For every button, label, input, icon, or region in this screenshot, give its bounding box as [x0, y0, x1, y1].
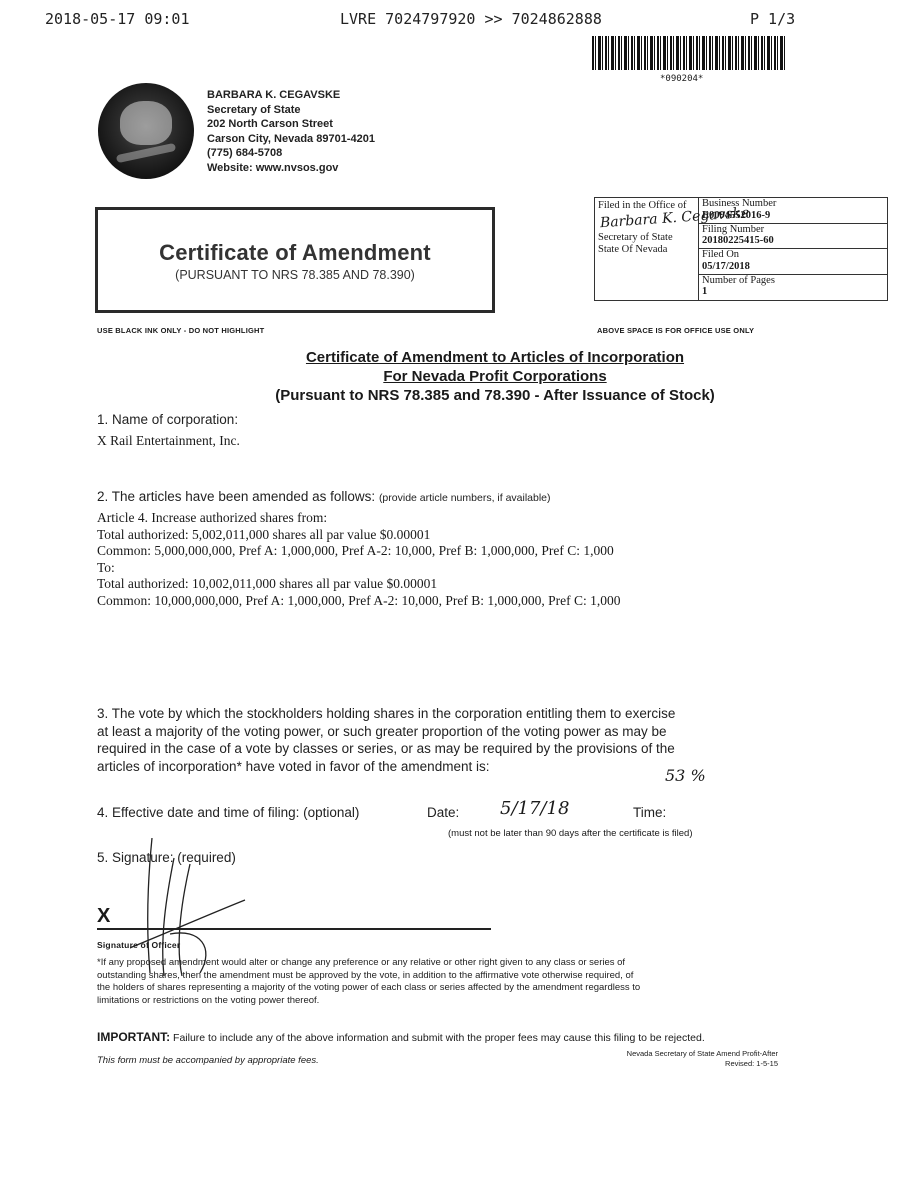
date-label: Date:: [427, 805, 459, 820]
certificate-subtitle: (PURSUANT TO NRS 78.385 AND 78.390): [98, 268, 492, 282]
sos-address-line1: 202 North Carson Street: [207, 117, 375, 132]
sos-title: Secretary of State: [207, 103, 375, 118]
important-text: Failure to include any of the above info…: [173, 1032, 705, 1044]
form-footer: Nevada Secretary of State Amend Profit-A…: [560, 1049, 778, 1068]
effective-time-field[interactable]: [680, 800, 770, 820]
form-heading-line2: For Nevada Profit Corporations: [36, 367, 918, 386]
fax-page-number: P 1/3: [750, 10, 795, 28]
footnote-line: outstanding shares, then the amendment m…: [97, 970, 640, 983]
form-id: Nevada Secretary of State Amend Profit-A…: [560, 1049, 778, 1059]
time-label: Time:: [633, 805, 666, 820]
important-notice: IMPORTANT: Failure to include any of the…: [97, 1030, 705, 1044]
effective-date-field[interactable]: 5/17/18: [500, 798, 569, 819]
office-use-notice: ABOVE SPACE IS FOR OFFICE USE ONLY: [597, 326, 754, 335]
section1-label: 1. Name of corporation:: [97, 412, 238, 427]
barcode-number: *090204*: [660, 74, 703, 84]
fax-route: LVRE 7024797920 >> 7024862888: [340, 10, 602, 28]
state-line: State Of Nevada: [598, 244, 695, 256]
section3-line: 3. The vote by which the stockholders ho…: [97, 705, 675, 723]
amendment-line: Total authorized: 10,002,011,000 shares …: [97, 576, 621, 593]
important-label: IMPORTANT:: [97, 1030, 170, 1044]
filing-number-label: Filing Number: [702, 224, 764, 235]
number-of-pages-cell: Number of Pages 1: [699, 275, 887, 301]
sos-website: Website: www.nvsos.gov: [207, 161, 375, 176]
section2-label: 2. The articles have been amended as fol…: [97, 489, 375, 504]
section2-hint: (provide article numbers, if available): [379, 492, 551, 504]
secretary-signature: Barbara K. Cegavske: [600, 211, 696, 229]
filing-number-cell: Filing Number 20180225415-60: [699, 224, 887, 250]
section3-line: required in the case of a vote by classe…: [97, 740, 675, 758]
number-of-pages-label: Number of Pages: [702, 275, 775, 286]
sos-phone: (775) 684-5708: [207, 146, 375, 161]
section3-text: 3. The vote by which the stockholders ho…: [97, 705, 675, 775]
section4-label: 4. Effective date and time of filing: (o…: [97, 805, 359, 820]
corporation-name-field[interactable]: X Rail Entertainment, Inc.: [97, 433, 240, 450]
business-number-value: E0094552016-9: [702, 210, 884, 222]
sos-address-line2: Carson City, Nevada 89701-4201: [207, 132, 375, 147]
section2-label-row: 2. The articles have been amended as fol…: [97, 489, 551, 504]
footnote-line: *If any proposed amendment would alter o…: [97, 957, 640, 970]
filing-stamp-box: Filed in the Office of Barbara K. Cegavs…: [594, 197, 888, 301]
business-number-cell: Business Number E0094552016-9: [699, 198, 887, 224]
amendment-text-field[interactable]: Article 4. Increase authorized shares fr…: [97, 510, 621, 609]
barcode: [592, 36, 787, 70]
amendment-line: Total authorized: 5,002,011,000 shares a…: [97, 527, 621, 544]
filed-on-value: 05/17/2018: [702, 261, 884, 273]
footnote-line: the holders of shares representing a maj…: [97, 982, 640, 995]
black-ink-notice: USE BLACK INK ONLY - DO NOT HIGHLIGHT: [97, 326, 264, 335]
section3-line: at least a majority of the voting power,…: [97, 723, 675, 741]
certificate-title: Certificate of Amendment: [98, 240, 492, 266]
section4-note: (must not be later than 90 days after th…: [448, 828, 692, 839]
certificate-title-box: Certificate of Amendment (PURSUANT TO NR…: [95, 207, 495, 313]
business-number-label: Business Number: [702, 198, 776, 209]
amendment-line: Article 4. Increase authorized shares fr…: [97, 510, 621, 527]
filing-number-value: 20180225415-60: [702, 235, 884, 247]
footnote: *If any proposed amendment would alter o…: [97, 957, 640, 1007]
amendment-line: To:: [97, 560, 621, 577]
sos-name: BARBARA K. CEGAVSKE: [207, 88, 375, 103]
filed-on-cell: Filed On 05/17/2018: [699, 249, 887, 275]
nevada-state-seal-icon: [98, 83, 194, 179]
filed-on-label: Filed On: [702, 249, 739, 260]
secretary-of-state-block: BARBARA K. CEGAVSKE Secretary of State 2…: [207, 88, 375, 175]
signature-x-mark: X: [97, 905, 110, 928]
secretary-line: Secretary of State: [598, 232, 695, 244]
footnote-line: limitations or restrictions on the votin…: [97, 995, 640, 1008]
section3-line: articles of incorporation* have voted in…: [97, 758, 675, 776]
form-heading-line3: (Pursuant to NRS 78.385 and 78.390 - Aft…: [36, 386, 918, 405]
form-heading: Certificate of Amendment to Articles of …: [36, 348, 918, 405]
vote-percentage-field[interactable]: 53 %: [665, 766, 706, 785]
form-revised: Revised: 1-5-15: [560, 1059, 778, 1069]
fees-note: This form must be accompanied by appropr…: [97, 1055, 319, 1066]
fax-timestamp: 2018-05-17 09:01: [45, 10, 190, 28]
number-of-pages-value: 1: [702, 286, 884, 298]
amendment-line: Common: 10,000,000,000, Pref A: 1,000,00…: [97, 593, 621, 610]
amendment-line: Common: 5,000,000,000, Pref A: 1,000,000…: [97, 543, 621, 560]
form-heading-line1: Certificate of Amendment to Articles of …: [36, 348, 918, 367]
